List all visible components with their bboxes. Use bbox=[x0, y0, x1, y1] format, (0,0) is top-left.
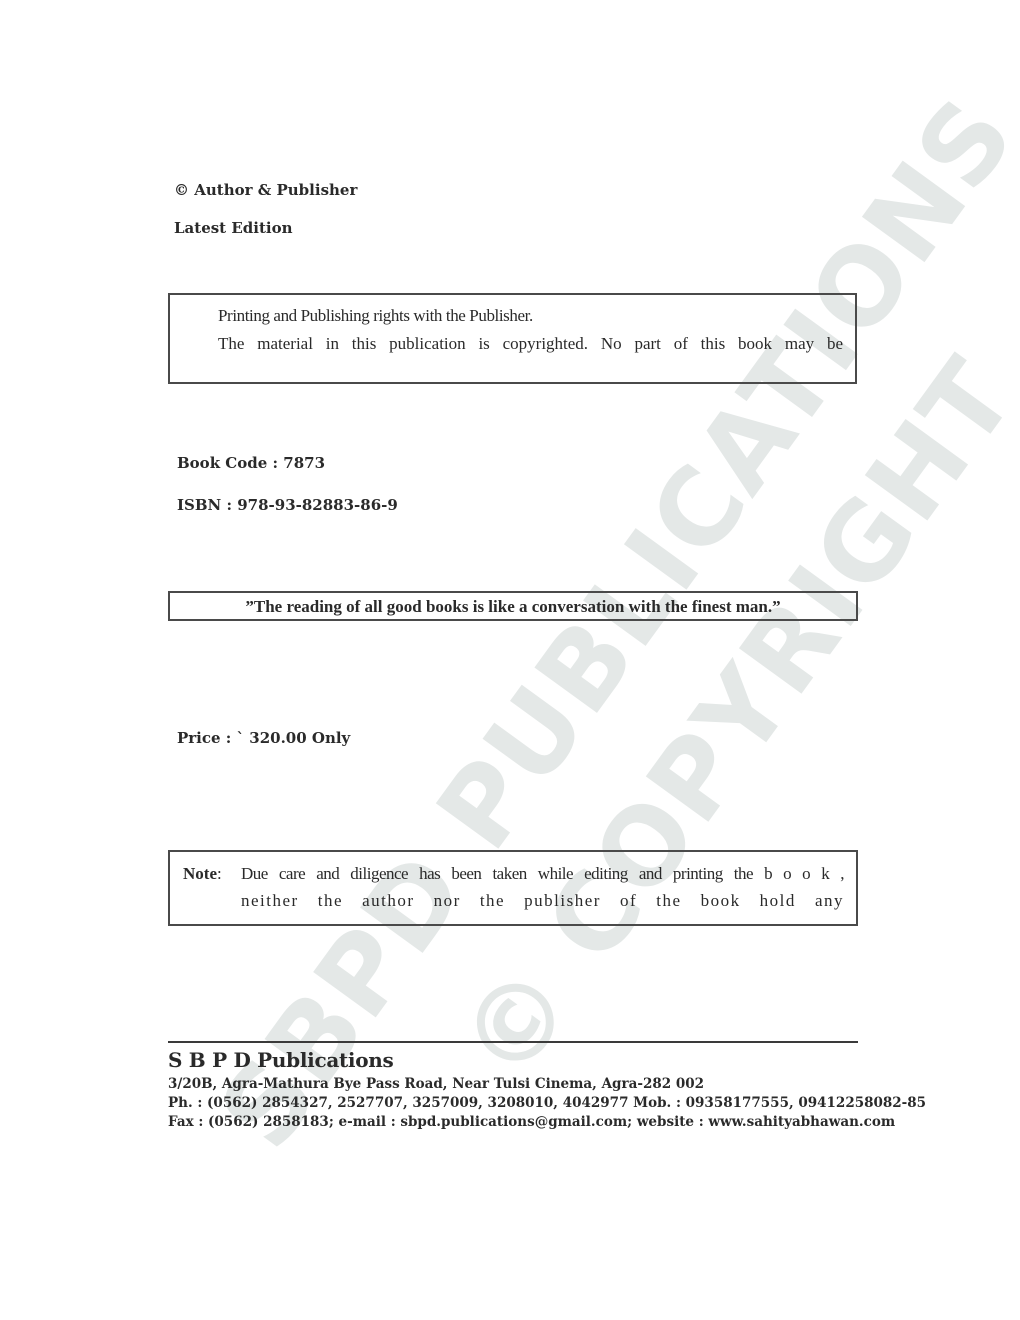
quote-box: ”The reading of all good books is like a… bbox=[168, 591, 858, 621]
copyright-page: © Author & Publisher Latest Edition Prin… bbox=[0, 0, 1020, 1320]
note-line-2: neither the author nor the publisher of … bbox=[241, 891, 844, 911]
copyright-notice: © Author & Publisher bbox=[174, 181, 357, 199]
note-line-1: Due care and diligence has been taken wh… bbox=[241, 864, 844, 884]
note-label: Note: bbox=[183, 864, 222, 884]
rights-box: Printing and Publishing rights with the … bbox=[168, 293, 857, 384]
note-label-text: Note bbox=[183, 864, 217, 883]
publisher-name: S B P D Publications bbox=[168, 1048, 393, 1072]
note-separator: : bbox=[217, 864, 222, 883]
rights-line-2: The material in this publication is copy… bbox=[218, 334, 843, 354]
edition-label: Latest Edition bbox=[174, 219, 293, 237]
publisher-fax-email-website: Fax : (0562) 2858183; e-mail : sbpd.publ… bbox=[168, 1114, 895, 1130]
publisher-phone: Ph. : (0562) 2854327, 2527707, 3257009, … bbox=[168, 1095, 926, 1111]
quote-text: ”The reading of all good books is like a… bbox=[170, 597, 856, 617]
footer-divider bbox=[168, 1041, 858, 1043]
price: Price : ` 320.00 Only bbox=[177, 729, 350, 747]
isbn: ISBN : 978-93-82883-86-9 bbox=[177, 496, 398, 514]
note-box: Note: Due care and diligence has been ta… bbox=[168, 850, 858, 926]
rights-line-1: Printing and Publishing rights with the … bbox=[218, 306, 533, 326]
publisher-address: 3/20B, Agra-Mathura Bye Pass Road, Near … bbox=[168, 1076, 704, 1092]
book-code: Book Code : 7873 bbox=[177, 454, 325, 472]
